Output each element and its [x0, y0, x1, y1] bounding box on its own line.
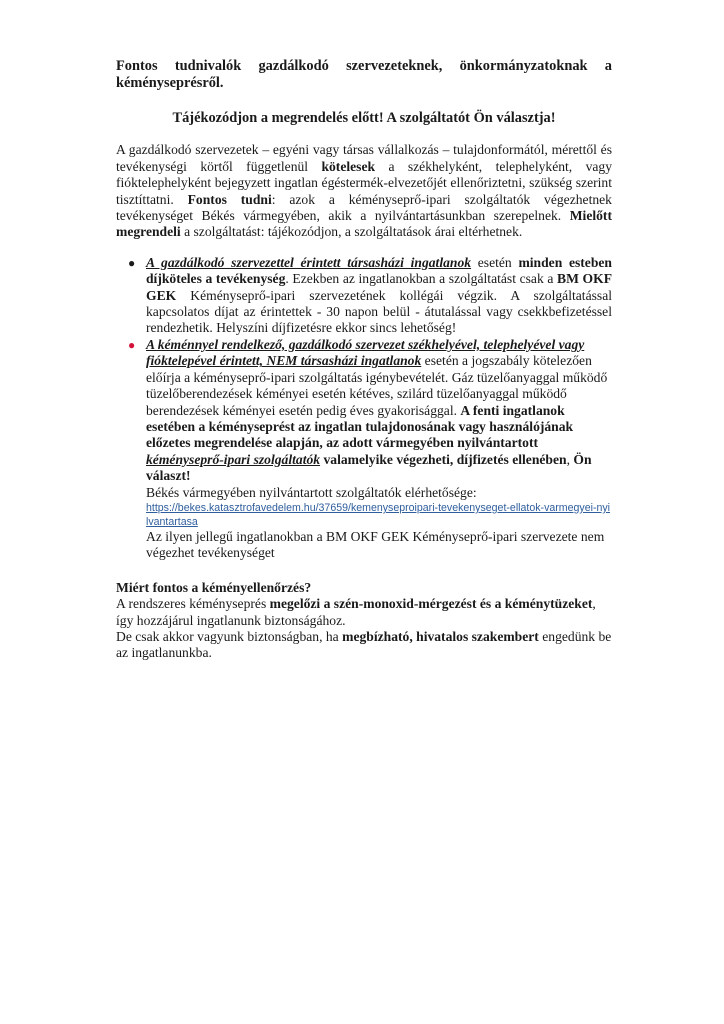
intro-bold: Fontos tudni: [188, 192, 272, 207]
bullet-emphasis: kéményseprő-ipari szolgáltatók: [146, 452, 320, 467]
why-bold: megbízható, hivatalos szakembert: [342, 629, 539, 644]
intro-text: a szolgáltatást: tájékozódjon, a szolgál…: [181, 224, 523, 239]
bullet-emphasis: A gazdálkodó szervezettel érintett társa…: [146, 255, 471, 270]
registry-link[interactable]: https://bekes.katasztrofavedelem.hu/3765…: [146, 501, 612, 529]
list-item: ● A kéménnyel rendelkező, gazdálkodó sze…: [116, 337, 612, 562]
bullet-text: . Ezekben az ingatlanokban a szolgáltatá…: [285, 271, 557, 286]
title-line-1: Fontos tudnivalók gazdálkodó szervezetek…: [116, 58, 612, 75]
bullet-text: Kéményseprő-ipari szervezetének kollégái…: [146, 288, 612, 336]
intro-paragraph: A gazdálkodó szervezetek – egyéni vagy t…: [116, 142, 612, 240]
why-text: A rendszeres kéményseprés: [116, 596, 270, 611]
bullet-body: A kéménnyel rendelkező, gazdálkodó szerv…: [146, 337, 612, 485]
bullet-text: esetén: [471, 255, 518, 270]
bullet-icon: ●: [128, 255, 135, 271]
why-paragraph-2: De csak akkor vagyunk biztonságban, ha m…: [116, 629, 612, 662]
bullet-bold: valamelyike végezheti, díjfizetés ellené…: [320, 452, 567, 467]
contact-label: Békés vármegyében nyilvántartott szolgál…: [146, 485, 612, 501]
document-page: Fontos tudnivalók gazdálkodó szervezetek…: [116, 58, 612, 662]
why-heading: Miért fontos a kéményellenőrzés?: [116, 580, 612, 596]
why-bold: megelőzi a szén-monoxid-mérgezést és a k…: [270, 596, 593, 611]
document-subtitle: Tájékozódjon a megrendelés előtt! A szol…: [116, 110, 612, 126]
intro-bold: kötelesek: [321, 159, 375, 174]
list-item: ● A gazdálkodó szervezettel érintett tár…: [116, 255, 612, 337]
bullet-list: ● A gazdálkodó szervezettel érintett tár…: [116, 255, 612, 562]
why-paragraph-1: A rendszeres kéményseprés megelőzi a szé…: [116, 596, 612, 629]
title-line-2: kéményseprésről.: [116, 75, 224, 91]
note-text: Az ilyen jellegű ingatlanokban a BM OKF …: [146, 529, 612, 562]
document-title: Fontos tudnivalók gazdálkodó szervezetek…: [116, 58, 612, 92]
bullet-icon: ●: [128, 337, 135, 353]
why-text: De csak akkor vagyunk biztonságban, ha: [116, 629, 342, 644]
